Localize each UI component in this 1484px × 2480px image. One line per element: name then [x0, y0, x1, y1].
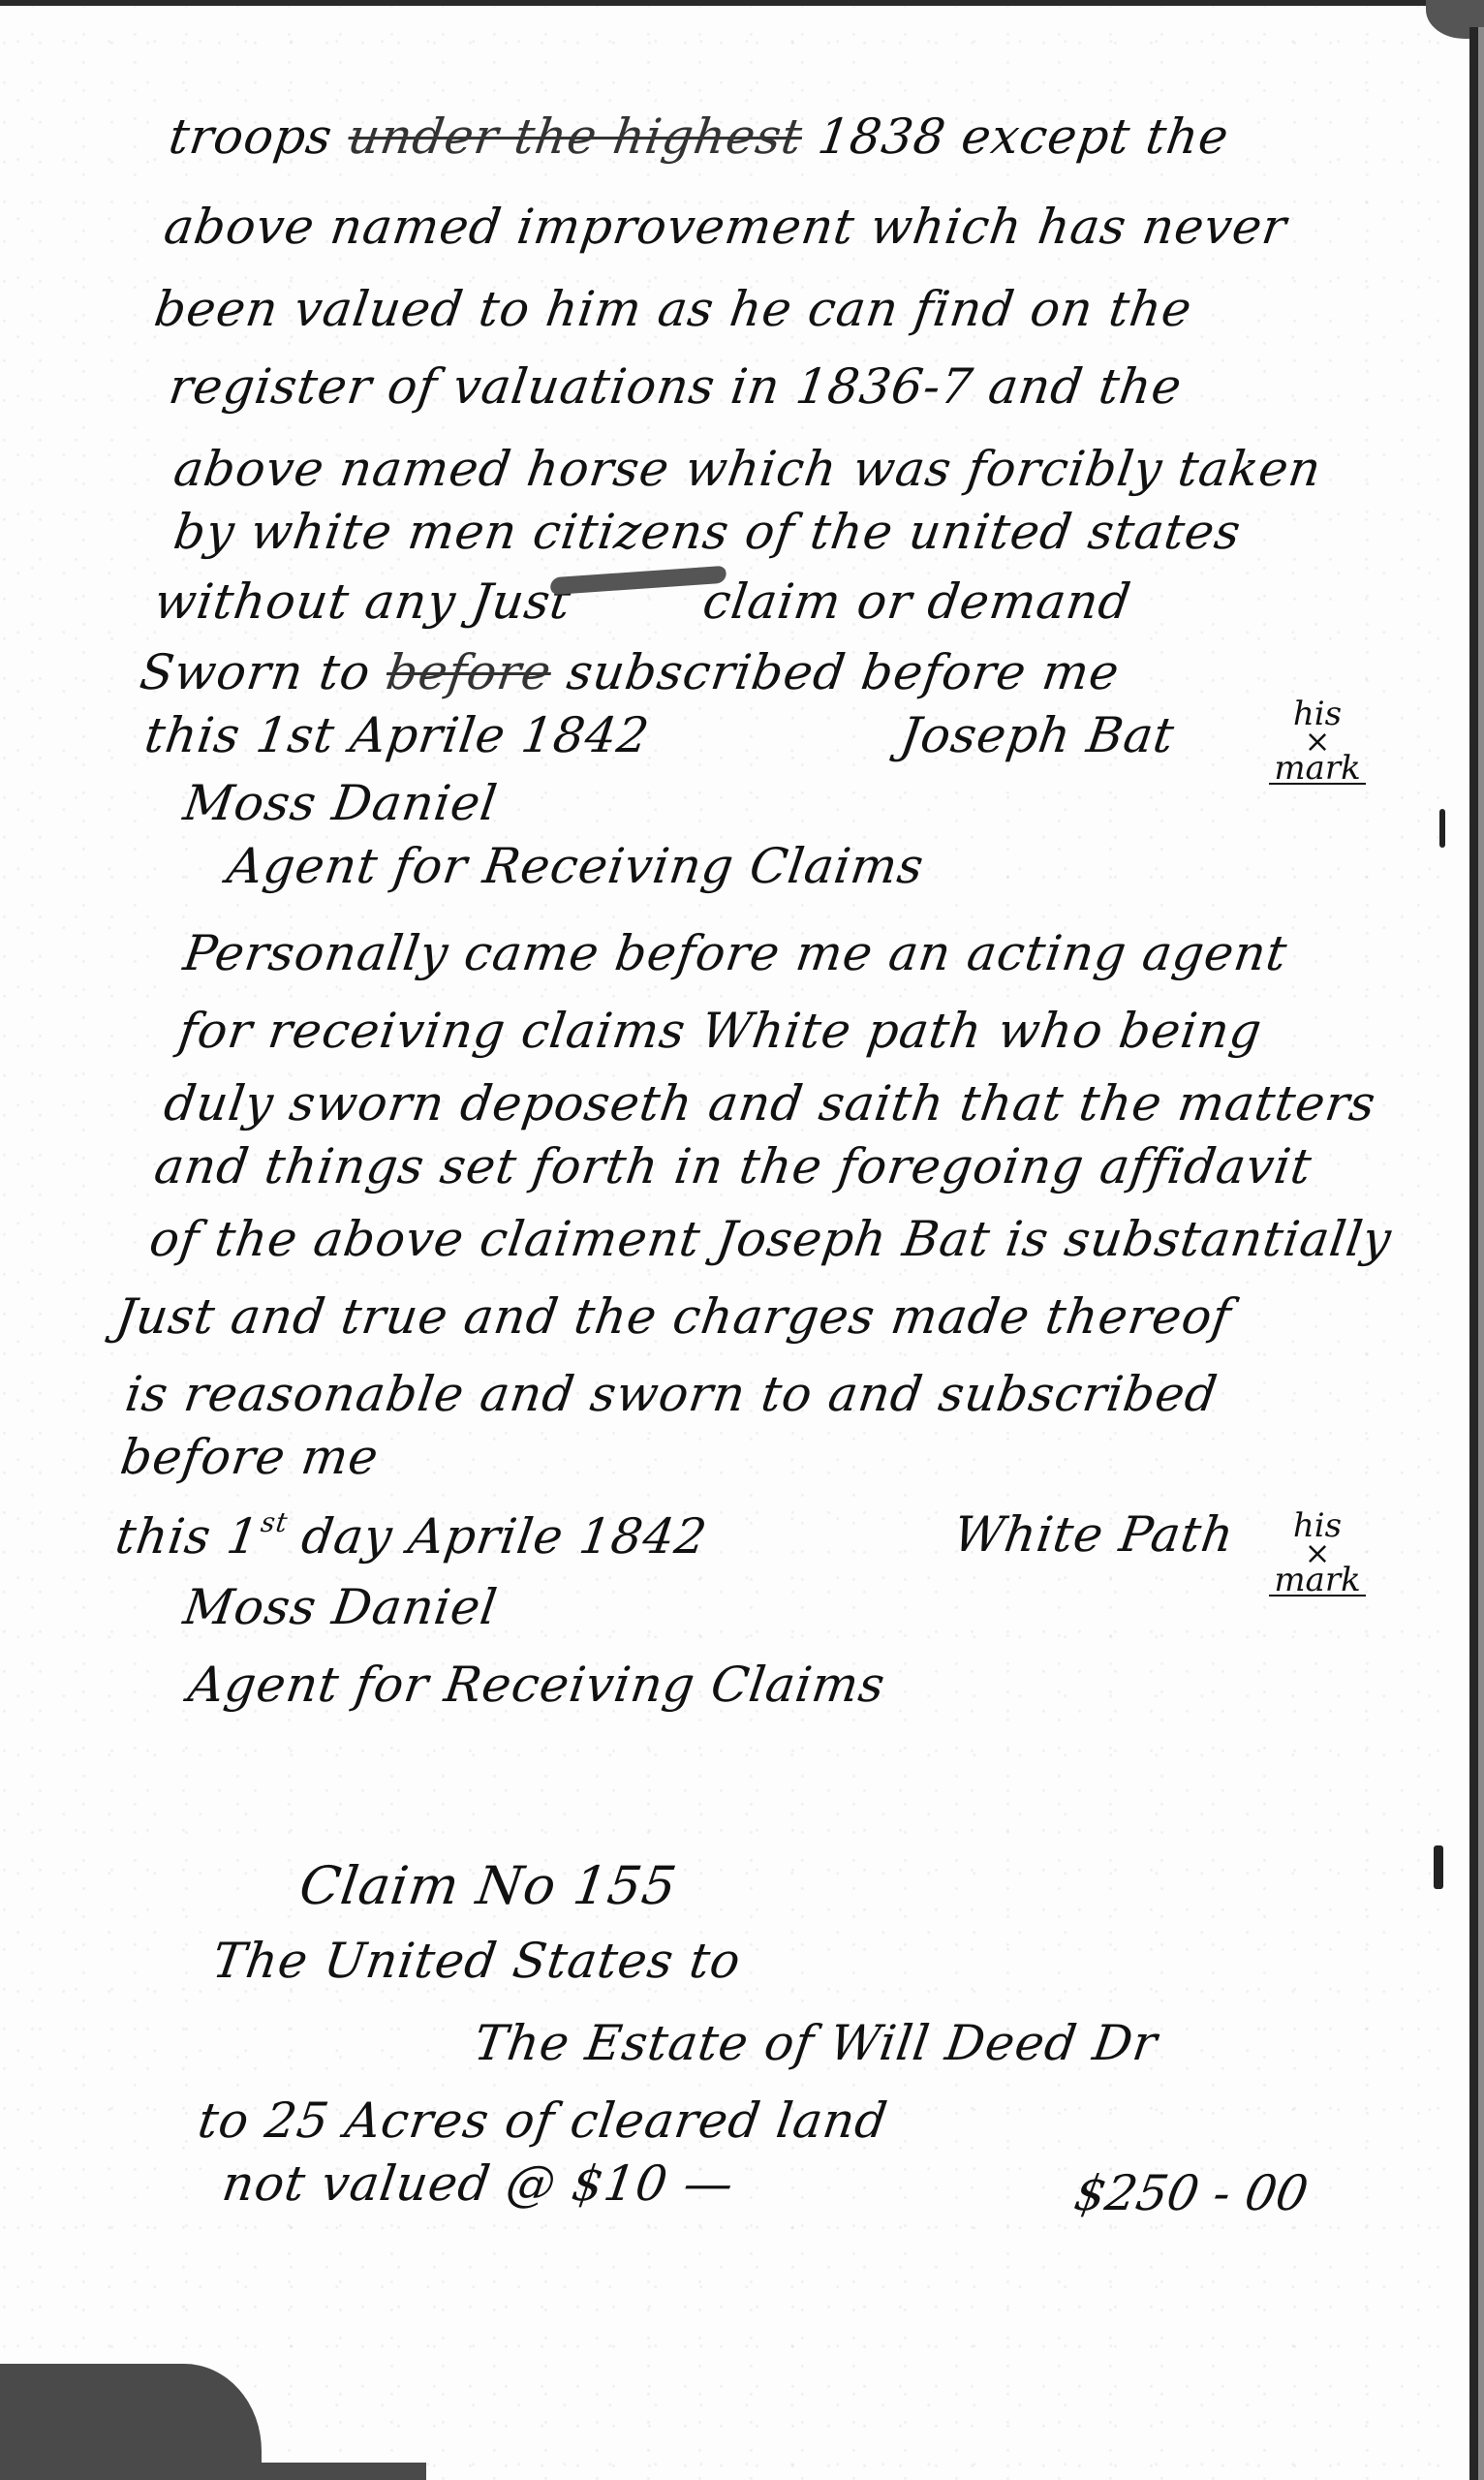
deposition-2-line: Personally came before me an acting agen… — [180, 925, 1291, 981]
page-top-border — [0, 0, 1453, 6]
deposition-2-line: of the above claiment Joseph Bat is subs… — [146, 1211, 1395, 1267]
deposition-1-line: troops under the highest 1838 except the — [166, 108, 1233, 165]
page-right-border — [1469, 27, 1478, 2480]
claim-amount: $250 - 00 — [1070, 2165, 1313, 2221]
document-page: troops under the highest 1838 except the… — [0, 0, 1484, 2480]
deposition-1-line: register of valuations in 1836-7 and the — [166, 358, 1186, 415]
struck-text: before — [383, 644, 555, 700]
deposition-2-line: Just and true and the charges made there… — [112, 1288, 1235, 1345]
margin-ink-mark — [1434, 1845, 1443, 1889]
deposition-2-line: for receiving claims White path who bein… — [175, 1003, 1266, 1059]
claim-line: not valued @ $10 — — [219, 2155, 737, 2212]
deposition-1-line: Sworn to before subscribed before me — [137, 644, 1124, 700]
deposition-2-date: this 1st day Aprile 1842 — [112, 1506, 711, 1565]
deposition-2-signer: White Path — [950, 1506, 1238, 1563]
deposition-1-signer: Joseph Bat — [897, 707, 1178, 763]
signer-mark: his × mark — [1269, 1511, 1366, 1596]
claim-line: to 25 Acres of cleared land — [195, 2092, 891, 2149]
deposition-2-line: duly sworn deposeth and saith that the m… — [161, 1075, 1379, 1131]
signer-mark: his × mark — [1269, 699, 1366, 785]
deposition-2-line: before me — [117, 1429, 383, 1485]
deposition-1-line: above named horse which was forcibly tak… — [170, 441, 1325, 497]
claim-line: The Estate of Will Deed Dr — [471, 2015, 1161, 2071]
deposition-1-date: this 1st Aprile 1842 — [141, 707, 653, 763]
deposition-1-line: by white men citizens of the united stat… — [170, 504, 1245, 560]
deposition-1-line: without any Just claim or demand — [151, 572, 1135, 630]
page-right-edge — [1478, 27, 1484, 2480]
claim-line: The United States to — [209, 1933, 745, 1989]
scan-edge-shadow — [97, 2463, 426, 2480]
struck-text: under the highest — [345, 108, 806, 165]
deposition-1-officer-name: Moss Daniel — [180, 775, 501, 831]
deposition-2-officer-name: Moss Daniel — [180, 1579, 501, 1635]
deposition-2-line: and things set forth in the foregoing af… — [151, 1138, 1315, 1194]
margin-ink-mark — [1439, 809, 1445, 848]
deposition-2-officer-title: Agent for Receiving Claims — [185, 1657, 889, 1713]
deposition-1-officer-title: Agent for Receiving Claims — [224, 838, 928, 894]
claim-heading: Claim No 155 — [296, 1855, 681, 1916]
deposition-2-line: is reasonable and sworn to and subscribe… — [122, 1366, 1221, 1422]
deposition-1-line: been valued to him as he can find on the — [151, 281, 1195, 337]
deposition-1-line: above named improvement which has never — [161, 199, 1290, 255]
ink-blot — [550, 566, 727, 596]
